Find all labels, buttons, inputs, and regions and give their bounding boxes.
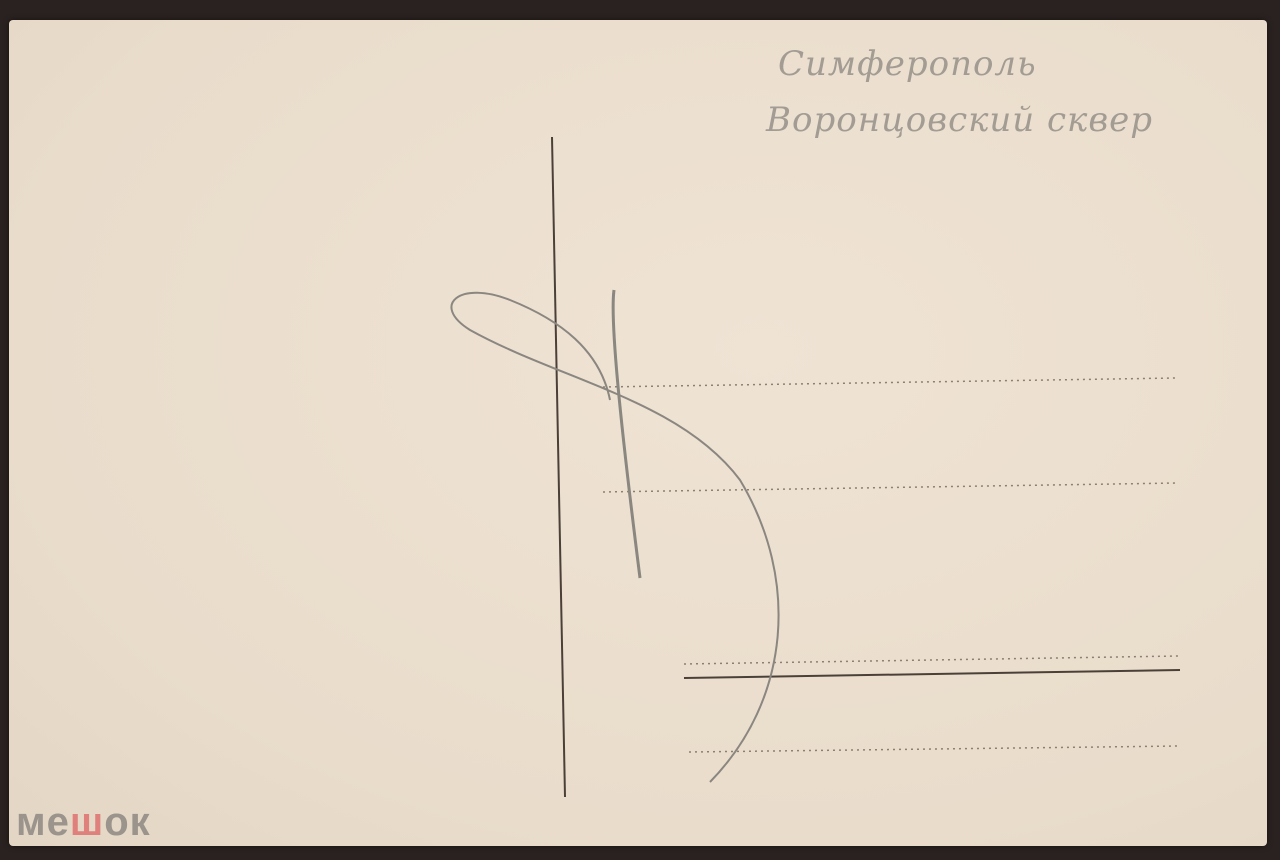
address-solid-line bbox=[684, 670, 1180, 678]
handwritten-line-1: Симферополь bbox=[778, 44, 1037, 84]
shopping-bag-icon: ш bbox=[70, 800, 104, 844]
address-line-4 bbox=[689, 746, 1180, 752]
address-line-3 bbox=[684, 656, 1178, 664]
meshok-watermark: мешок bbox=[16, 800, 151, 845]
watermark-prefix: ме bbox=[16, 800, 70, 844]
watermark-suffix: ок bbox=[104, 800, 150, 844]
address-line-2 bbox=[603, 483, 1177, 492]
address-line-1 bbox=[603, 378, 1175, 387]
pencil-scribble-stroke bbox=[613, 290, 640, 578]
divider-line bbox=[552, 137, 565, 797]
handwritten-line-2: Воронцовский сквер bbox=[766, 100, 1153, 140]
